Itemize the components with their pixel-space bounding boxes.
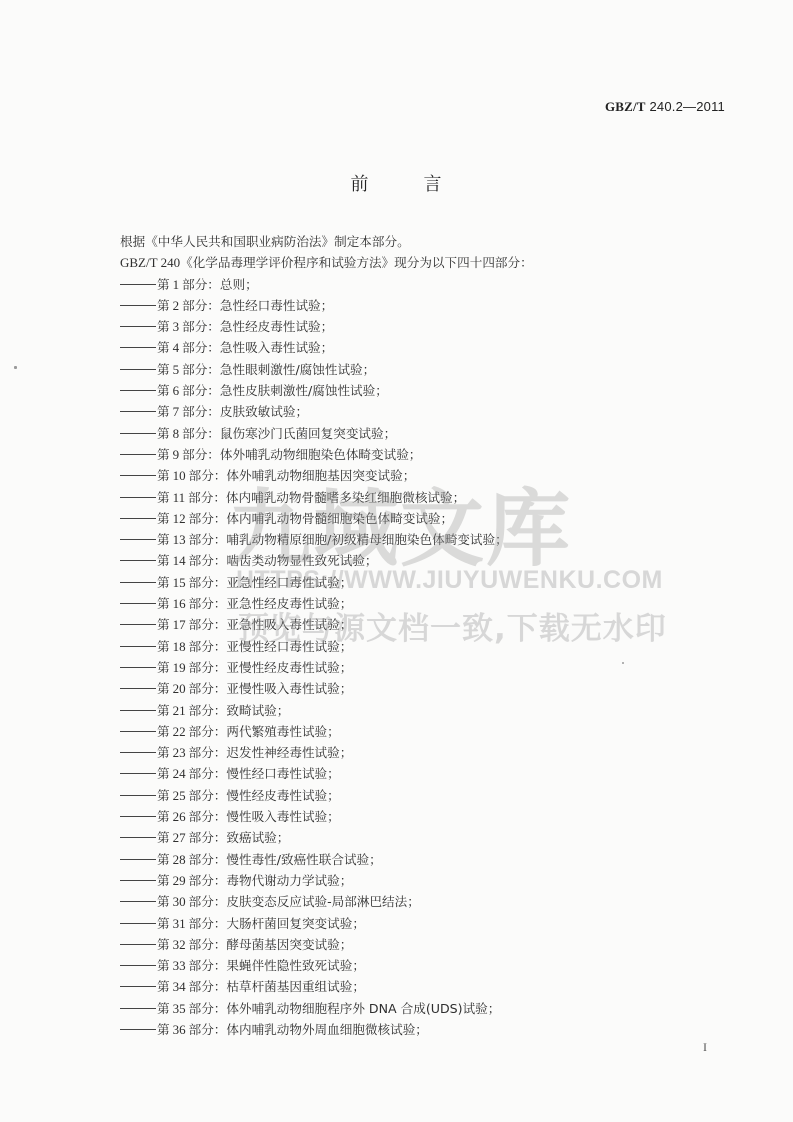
list-item: 第31部分：大肠杆菌回复突变试验； [120,913,740,934]
em-dash [120,305,156,306]
standard-code: 240.2—2011 [650,99,726,114]
part-prefix: 第 [157,298,170,313]
part-title: 慢性吸入毒性试验； [226,809,339,824]
em-dash [120,816,156,817]
em-dash [120,710,156,711]
em-dash [120,688,156,689]
part-prefix: 第 [157,575,170,590]
em-dash [120,390,156,391]
part-number: 27 [170,830,189,845]
part-number: 31 [170,916,189,931]
part-suffix: 部分： [189,532,227,547]
list-item: 第25部分：慢性经皮毒性试验； [120,785,740,806]
parts-list: 第1部分：总则；第2部分：急性经口毒性试验；第3部分：急性经皮毒性试验；第4部分… [120,274,740,1041]
part-number: 32 [170,937,189,952]
list-item: 第15部分：亚急性经口毒性试验； [120,572,740,593]
list-item: 第33部分：果蝇伴性隐性致死试验； [120,955,740,976]
part-number: 20 [170,681,189,696]
list-item: 第1部分：总则； [120,274,740,295]
list-item: 第34部分：枯草杆菌基因重组试验； [120,976,740,997]
part-suffix: 部分： [189,894,227,909]
part-title: 急性经口毒性试验； [220,298,333,313]
part-prefix: 第 [157,1022,170,1037]
part-title: 致癌试验； [226,830,289,845]
part-number: 6 [170,383,183,398]
part-prefix: 第 [157,916,170,931]
part-number: 28 [170,852,189,867]
em-dash [120,859,156,860]
part-suffix: 部分： [189,553,227,568]
document-body: 根据《中华人民共和国职业病防治法》制定本部分。 GBZ/T 240《化学品毒理学… [120,231,740,1040]
part-prefix: 第 [157,958,170,973]
part-number: 7 [170,404,183,419]
part-suffix: 部分： [189,766,227,781]
part-suffix: 部分： [189,788,227,803]
part-prefix: 第 [157,660,170,675]
part-number: 23 [170,745,189,760]
em-dash [120,646,156,647]
intro-standard-code: GBZ/T 240 [120,255,180,270]
em-dash [120,901,156,902]
em-dash [120,603,156,604]
part-prefix: 第 [157,383,170,398]
part-number: 26 [170,809,189,824]
part-title: 体外哺乳动物细胞基因突变试验； [226,468,415,483]
list-item: 第18部分：亚慢性经口毒性试验； [120,636,740,657]
em-dash [120,369,156,370]
part-title: 亚急性经口毒性试验； [226,575,352,590]
part-title: 亚急性经皮毒性试验； [226,596,352,611]
em-dash [120,923,156,924]
list-item: 第3部分：急性经皮毒性试验； [120,316,740,337]
part-prefix: 第 [157,532,170,547]
part-suffix: 部分： [182,362,220,377]
part-suffix: 部分： [189,468,227,483]
part-prefix: 第 [157,426,170,441]
list-item: 第24部分：慢性经口毒性试验； [120,763,740,784]
part-suffix: 部分： [189,703,227,718]
part-title: 两代繁殖毒性试验； [226,724,339,739]
part-prefix: 第 [157,447,170,462]
part-number: 10 [170,468,189,483]
em-dash [120,497,156,498]
list-item: 第11部分：体内哺乳动物骨髓嗜多染红细胞微核试验； [120,487,740,508]
part-suffix: 部分： [189,958,227,973]
list-item: 第7部分：皮肤致敏试验； [120,401,740,422]
list-item: 第35部分：体外哺乳动物细胞程序外 DNA 合成(UDS)试验； [120,998,740,1019]
intro-line-1: 根据《中华人民共和国职业病防治法》制定本部分。 [120,231,740,252]
em-dash [120,1008,156,1009]
title-char-2: 言 [424,170,443,196]
list-item: 第13部分：哺乳动物精原细胞/初级精母细胞染色体畸变试验； [120,529,740,550]
part-prefix: 第 [157,1001,170,1016]
part-prefix: 第 [157,788,170,803]
em-dash [120,965,156,966]
part-prefix: 第 [157,553,170,568]
part-prefix: 第 [157,596,170,611]
part-suffix: 部分： [189,575,227,590]
part-number: 4 [170,340,183,355]
part-number: 9 [170,447,183,462]
part-suffix: 部分： [189,937,227,952]
part-title: 慢性经口毒性试验； [226,766,339,781]
part-number: 12 [170,511,189,526]
part-suffix: 部分： [189,639,227,654]
part-suffix: 部分： [189,511,227,526]
part-number: 5 [170,362,183,377]
part-number: 33 [170,958,189,973]
em-dash [120,433,156,434]
part-title: 急性皮肤刺激性/腐蚀性试验； [220,383,388,398]
part-suffix: 部分： [189,745,227,760]
part-number: 25 [170,788,189,803]
part-title: 鼠伤寒沙门氏菌回复突变试验； [220,426,396,441]
page-title: 前言 [0,170,793,196]
part-title: 迟发性神经毒性试验； [226,745,352,760]
em-dash [120,411,156,412]
em-dash [120,326,156,327]
list-item: 第5部分：急性眼刺激性/腐蚀性试验； [120,359,740,380]
list-item: 第20部分：亚慢性吸入毒性试验； [120,678,740,699]
em-dash [120,986,156,987]
part-title: 亚急性吸入毒性试验； [226,617,352,632]
part-prefix: 第 [157,362,170,377]
part-title: 体内哺乳动物骨髓嗜多染红细胞微核试验； [226,490,465,505]
part-suffix: 部分： [182,319,220,334]
part-title: 体内哺乳动物外周血细胞微核试验； [226,1022,428,1037]
part-suffix: 部分： [189,596,227,611]
part-suffix: 部分： [189,660,227,675]
intro-text: 《化学品毒理学评价程序和试验方法》现分为以下四十四部分： [180,255,533,270]
list-item: 第2部分：急性经口毒性试验； [120,295,740,316]
part-title: 酵母菌基因突变试验； [226,937,352,952]
part-title: 急性眼刺激性/腐蚀性试验； [220,362,375,377]
part-suffix: 部分： [189,681,227,696]
part-prefix: 第 [157,490,170,505]
em-dash [120,582,156,583]
part-prefix: 第 [157,873,170,888]
em-dash [120,284,156,285]
em-dash [120,624,156,625]
em-dash [120,475,156,476]
list-item: 第30部分：皮肤变态反应试验-局部淋巴结法； [120,891,740,912]
part-title: 慢性毒性/致癌性联合试验； [226,852,381,867]
list-item: 第27部分：致癌试验； [120,827,740,848]
part-title: 大肠杆菌回复突变试验； [226,916,365,931]
part-suffix: 部分： [182,298,220,313]
part-title: 亚慢性吸入毒性试验； [226,681,352,696]
em-dash [120,560,156,561]
list-item: 第32部分：酵母菌基因突变试验； [120,934,740,955]
part-suffix: 部分： [189,724,227,739]
part-number: 13 [170,532,189,547]
part-number: 17 [170,617,189,632]
em-dash [120,518,156,519]
part-suffix: 部分： [189,979,227,994]
part-suffix: 部分： [182,277,220,292]
part-prefix: 第 [157,511,170,526]
part-suffix: 部分： [182,383,220,398]
part-number: 29 [170,873,189,888]
em-dash [120,539,156,540]
list-item: 第8部分：鼠伤寒沙门氏菌回复突变试验； [120,423,740,444]
part-suffix: 部分： [189,809,227,824]
em-dash [120,454,156,455]
part-title: 亚慢性经皮毒性试验； [226,660,352,675]
part-title: 皮肤致敏试验； [220,404,308,419]
scan-speck [622,662,624,664]
part-title: 慢性经皮毒性试验； [226,788,339,803]
part-prefix: 第 [157,830,170,845]
part-suffix: 部分： [189,916,227,931]
standard-prefix: GBZ/T [605,99,646,114]
part-suffix: 部分： [189,873,227,888]
list-item: 第28部分：慢性毒性/致癌性联合试验； [120,849,740,870]
part-title: 枯草杆菌基因重组试验； [226,979,365,994]
part-number: 15 [170,575,189,590]
list-item: 第21部分：致畸试验； [120,700,740,721]
part-prefix: 第 [157,852,170,867]
em-dash [120,880,156,881]
scan-speck [14,366,17,369]
part-number: 19 [170,660,189,675]
part-suffix: 部分： [189,852,227,867]
em-dash [120,773,156,774]
part-suffix: 部分： [189,1001,227,1016]
part-suffix: 部分： [182,404,220,419]
part-number: 30 [170,894,189,909]
part-prefix: 第 [157,639,170,654]
part-title: 急性吸入毒性试验； [220,340,333,355]
part-prefix: 第 [157,979,170,994]
part-prefix: 第 [157,766,170,781]
title-char-1: 前 [351,170,370,196]
part-prefix: 第 [157,724,170,739]
part-number: 8 [170,426,183,441]
part-number: 18 [170,639,189,654]
part-prefix: 第 [157,319,170,334]
part-suffix: 部分： [189,830,227,845]
part-title: 果蝇伴性隐性致死试验； [226,958,365,973]
part-number: 22 [170,724,189,739]
page-number: I [703,1040,707,1055]
list-item: 第19部分：亚慢性经皮毒性试验； [120,657,740,678]
part-suffix: 部分： [189,1022,227,1037]
part-title: 总则； [220,277,258,292]
part-number: 34 [170,979,189,994]
part-prefix: 第 [157,404,170,419]
em-dash [120,795,156,796]
list-item: 第16部分：亚急性经皮毒性试验； [120,593,740,614]
list-item: 第36部分：体内哺乳动物外周血细胞微核试验； [120,1019,740,1040]
list-item: 第26部分：慢性吸入毒性试验； [120,806,740,827]
em-dash [120,347,156,348]
part-title: 体内哺乳动物骨髓细胞染色体畸变试验； [226,511,453,526]
part-title: 急性经皮毒性试验； [220,319,333,334]
part-title: 体外哺乳动物细胞染色体畸变试验； [220,447,422,462]
em-dash [120,731,156,732]
part-title: 体外哺乳动物细胞程序外 DNA 合成(UDS)试验； [226,1001,500,1016]
part-suffix: 部分： [182,340,220,355]
part-prefix: 第 [157,617,170,632]
part-number: 21 [170,703,189,718]
part-number: 3 [170,319,183,334]
part-prefix: 第 [157,681,170,696]
part-suffix: 部分： [189,617,227,632]
part-prefix: 第 [157,745,170,760]
part-title: 啮齿类动物显性致死试验； [226,553,377,568]
list-item: 第9部分：体外哺乳动物细胞染色体畸变试验； [120,444,740,465]
part-prefix: 第 [157,468,170,483]
part-prefix: 第 [157,809,170,824]
list-item: 第12部分：体内哺乳动物骨髓细胞染色体畸变试验； [120,508,740,529]
part-prefix: 第 [157,894,170,909]
part-number: 1 [170,277,183,292]
part-suffix: 部分： [182,447,220,462]
part-title: 致畸试验； [226,703,289,718]
intro-line-2: GBZ/T 240《化学品毒理学评价程序和试验方法》现分为以下四十四部分： [120,252,740,273]
part-title: 皮肤变态反应试验-局部淋巴结法； [226,894,419,909]
part-number: 16 [170,596,189,611]
em-dash [120,1029,156,1030]
standard-number: GBZ/T 240.2—2011 [605,99,725,115]
list-item: 第6部分：急性皮肤刺激性/腐蚀性试验； [120,380,740,401]
em-dash [120,837,156,838]
list-item: 第17部分：亚急性吸入毒性试验； [120,614,740,635]
part-number: 24 [170,766,189,781]
part-number: 2 [170,298,183,313]
list-item: 第29部分：毒物代谢动力学试验； [120,870,740,891]
part-prefix: 第 [157,277,170,292]
list-item: 第23部分：迟发性神经毒性试验； [120,742,740,763]
part-number: 36 [170,1022,189,1037]
em-dash [120,944,156,945]
list-item: 第4部分：急性吸入毒性试验； [120,337,740,358]
list-item: 第22部分：两代繁殖毒性试验； [120,721,740,742]
part-number: 14 [170,553,189,568]
part-number: 11 [170,490,189,505]
part-title: 亚慢性经口毒性试验； [226,639,352,654]
part-title: 毒物代谢动力学试验； [226,873,352,888]
list-item: 第10部分：体外哺乳动物细胞基因突变试验； [120,465,740,486]
em-dash [120,752,156,753]
list-item: 第14部分：啮齿类动物显性致死试验； [120,550,740,571]
part-prefix: 第 [157,703,170,718]
em-dash [120,667,156,668]
part-prefix: 第 [157,340,170,355]
part-title: 哺乳动物精原细胞/初级精母细胞染色体畸变试验； [226,532,507,547]
part-suffix: 部分： [182,426,220,441]
part-prefix: 第 [157,937,170,952]
part-number: 35 [170,1001,189,1016]
part-suffix: 部分： [188,490,226,505]
